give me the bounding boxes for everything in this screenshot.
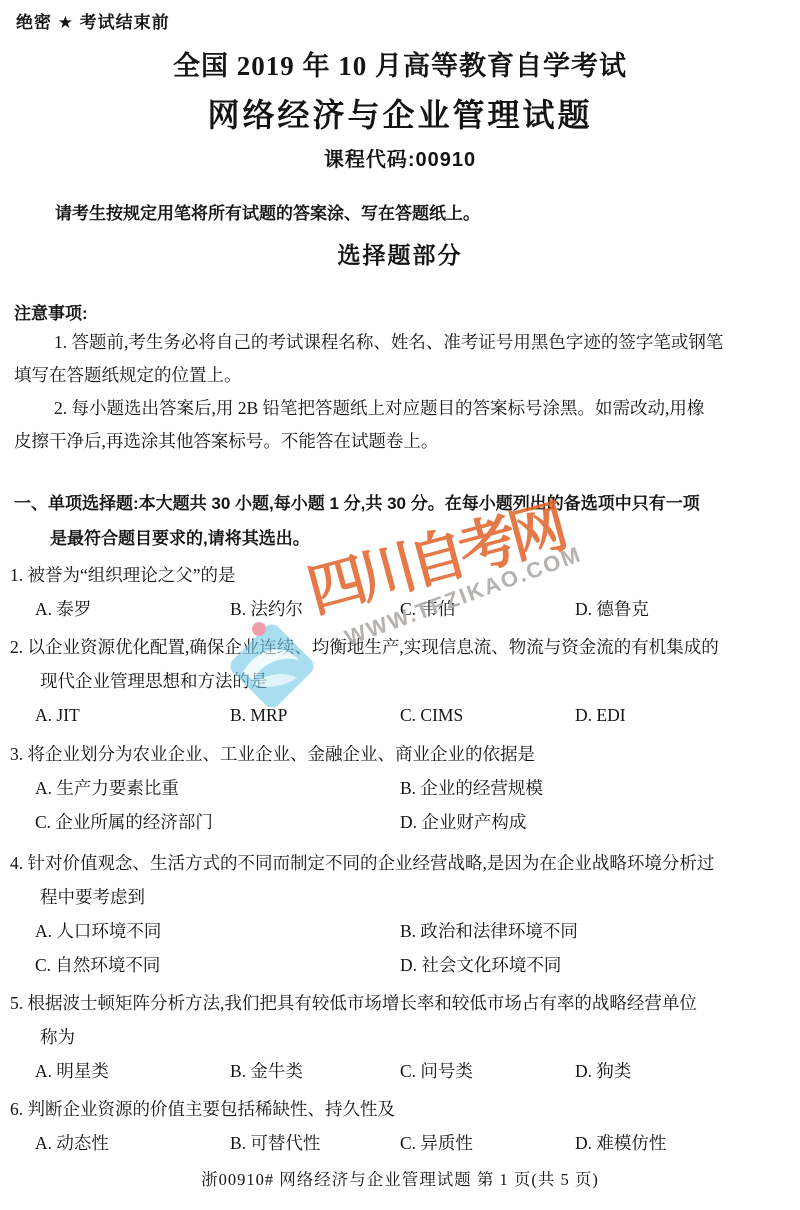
question-stem: 5. 根据波士顿矩阵分析方法,我们把具有较低市场增长率和较低市场占有率的战略经营… [10,990,796,1024]
option-c: C. 异质性 [400,1130,575,1164]
question-options: A. 动态性 B. 可替代性 C. 异质性 D. 难模仿性 [10,1130,796,1164]
note-line-1: 1. 答题前,考生务必将自己的考试课程名称、姓名、准考证号用黑色字迹的签字笔或钢… [14,331,794,353]
exam-session-title: 全国 2019 年 10 月高等教育自学考试 [0,44,800,83]
option-a: A. 明星类 [35,1058,230,1092]
question-3: 3. 将企业划分为农业企业、工业企业、金融企业、商业企业的依据是 A. 生产力要… [10,741,796,843]
question-stem: 1. 被誉为“组织理论之父”的是 [10,562,796,596]
question-stem-cont: 程中要考虑到 [10,884,796,918]
secrecy-notice: 绝密 ★ 考试结束前 [16,8,170,33]
question-options-row2: C. 企业所属的经济部门 D. 企业财产构成 [10,809,796,843]
option-a: A. 人口环境不同 [35,918,400,952]
section-title: 选择题部分 [0,237,800,270]
option-d: D. 企业财产构成 [400,809,796,843]
option-c: C. CIMS [400,702,575,736]
question-stem-cont: 现代企业管理思想和方法的是 [10,668,796,702]
option-b: B. 金牛类 [230,1058,400,1092]
question-options: A. 泰罗 B. 法约尔 C. 韦伯 D. 德鲁克 [10,596,796,630]
question-options-row1: A. 人口环境不同 B. 政治和法律环境不同 [10,918,796,952]
option-b: B. 可替代性 [230,1130,400,1164]
question-options-row1: A. 生产力要素比重 B. 企业的经营规模 [10,775,796,809]
option-c: C. 问号类 [400,1058,575,1092]
question-stem-cont: 称为 [10,1024,796,1058]
option-c: C. 自然环境不同 [35,952,400,986]
page-footer: 浙00910# 网络经济与企业管理试题 第 1 页(共 5 页) [0,1166,800,1190]
option-b: B. 企业的经营规模 [400,775,796,809]
option-b: B. MRP [230,702,400,736]
option-d: D. 狗类 [575,1058,796,1092]
option-c: C. 企业所属的经济部门 [35,809,400,843]
option-d: D. 社会文化环境不同 [400,952,796,986]
note-line-4: 皮擦干净后,再选涂其他答案标号。不能答在试题卷上。 [14,430,794,452]
option-b: B. 法约尔 [230,596,400,630]
question-4: 4. 针对价值观念、生活方式的不同而制定不同的企业经营战略,是因为在企业战略环境… [10,850,796,986]
question-2: 2. 以企业资源优化配置,确保企业连续、均衡地生产,实现信息流、物流与资金流的有… [10,634,796,736]
option-a: A. 泰罗 [35,596,230,630]
option-b: B. 政治和法律环境不同 [400,918,796,952]
exam-subject-title: 网络经济与企业管理试题 [0,90,800,136]
option-a: A. 动态性 [35,1130,230,1164]
option-c: C. 韦伯 [400,596,575,630]
option-d: D. 难模仿性 [575,1130,796,1164]
question-stem: 3. 将企业划分为农业企业、工业企业、金融企业、商业企业的依据是 [10,741,796,775]
notes-title: 注意事项: [14,299,88,324]
question-5: 5. 根据波士顿矩阵分析方法,我们把具有较低市场增长率和较低市场占有率的战略经营… [10,990,796,1092]
part-one-heading-line1: 一、单项选择题:本大题共 30 小题,每小题 1 分,共 30 分。在每小题列出… [14,493,794,515]
question-1: 1. 被誉为“组织理论之父”的是 A. 泰罗 B. 法约尔 C. 韦伯 D. 德… [10,562,796,630]
note-line-3: 2. 每小题选出答案后,用 2B 铅笔把答题纸上对应题目的答案标号涂黑。如需改动… [14,397,794,419]
option-a: A. JIT [35,702,230,736]
option-d: D. 德鲁克 [575,596,796,630]
question-options: A. 明星类 B. 金牛类 C. 问号类 D. 狗类 [10,1058,796,1092]
question-stem: 2. 以企业资源优化配置,确保企业连续、均衡地生产,实现信息流、物流与资金流的有… [10,634,796,668]
answer-instruction: 请考生按规定用笔将所有试题的答案涂、写在答题纸上。 [55,199,480,224]
option-a: A. 生产力要素比重 [35,775,400,809]
question-stem: 6. 判断企业资源的价值主要包括稀缺性、持久性及 [10,1096,796,1130]
note-line-2: 填写在答题纸规定的位置上。 [14,364,794,386]
question-6: 6. 判断企业资源的价值主要包括稀缺性、持久性及 A. 动态性 B. 可替代性 … [10,1096,796,1164]
option-d: D. EDI [575,702,796,736]
question-stem: 4. 针对价值观念、生活方式的不同而制定不同的企业经营战略,是因为在企业战略环境… [10,850,796,884]
course-code: 课程代码:00910 [0,143,800,172]
question-options-row2: C. 自然环境不同 D. 社会文化环境不同 [10,952,796,986]
exam-paper-page: 绝密 ★ 考试结束前 全国 2019 年 10 月高等教育自学考试 网络经济与企… [0,0,800,1210]
question-options: A. JIT B. MRP C. CIMS D. EDI [10,702,796,736]
part-one-heading-line2: 是最符合题目要求的,请将其选出。 [14,528,794,550]
